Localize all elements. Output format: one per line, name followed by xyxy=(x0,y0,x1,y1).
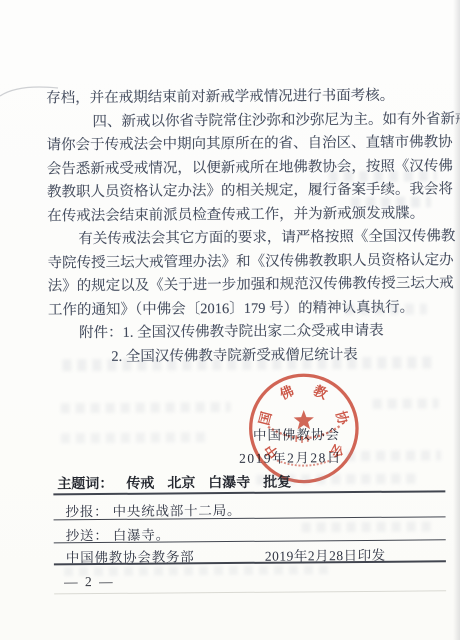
subject-term: 白瀑寺 xyxy=(208,472,250,492)
copy-report-row: 抄报： 中央统战部十二局。 xyxy=(65,499,241,520)
seal-ring-char: 会 xyxy=(326,441,347,462)
subject-term: 批复 xyxy=(263,472,291,492)
body-line: 有关传戒法会其它方面的要求，请严格按照《全国汉传佛教 xyxy=(47,225,445,252)
body-line: 存档，并在戒期结束前对新戒学戒情况进行书面考核。 xyxy=(46,84,444,111)
body-line: 会告悉新戒受戒情况，以便新戒所在地佛教协会，按照《汉传佛 xyxy=(47,155,445,182)
document-page: 存档，并在戒期结束前对新戒学戒情况进行书面考核。 四、新戒以你省寺院常住沙弥和沙… xyxy=(0,0,460,640)
seal-ring-char: 协 xyxy=(333,409,352,427)
subject-words-row: 主题词： 传戒 北京 白瀑寺 批复 xyxy=(57,472,291,494)
bleedthrough-artifact xyxy=(61,432,211,443)
body-line: 请你会于传戒法会中期向其原所在的省、自治区、直辖市佛教协 xyxy=(47,131,445,158)
copy-report-value: 中央统战部十二局。 xyxy=(113,503,242,519)
copy-send-label: 抄送： xyxy=(66,528,109,543)
body-text-block: 存档，并在戒期结束前对新戒学戒情况进行书面考核。 四、新戒以你省寺院常住沙弥和沙… xyxy=(46,84,446,369)
seal-bottom-arc-text xyxy=(277,460,331,466)
attachment-line-1: 附件：1. 全国汉传佛教寺院出家二众受戒申请表 xyxy=(48,319,446,346)
bleedthrough-artifact xyxy=(302,521,432,532)
copy-report-label: 抄报： xyxy=(65,504,108,519)
body-line: 法》的规定以及《关于进一步加强和规范汉传佛教传授三坛大戒 xyxy=(48,272,446,299)
seal-ring-char: 佛 xyxy=(277,382,297,402)
body-line: 工作的通知》（中佛会〔2016〕179 号）的精神认真执行。 xyxy=(48,296,446,323)
subject-term: 传戒 xyxy=(126,473,154,493)
body-line: 寺院传授三坛大戒管理办法》和《汉传佛教教职人员资格认定办 xyxy=(47,249,445,276)
star-icon xyxy=(294,410,314,429)
seal-ring-char: 教 xyxy=(311,382,330,402)
faint-rule-line xyxy=(54,590,446,594)
seal-ring-char: 中 xyxy=(261,442,282,462)
document-content: 存档，并在戒期结束前对新戒学戒情况进行书面考核。 四、新戒以你省寺院常住沙弥和沙… xyxy=(0,0,460,640)
seal-inner-arc-text xyxy=(268,426,340,438)
attachment-line-2: 2. 全国汉传佛教寺院新受戒僧尼统计表 xyxy=(48,343,446,370)
subject-term: 北京 xyxy=(167,472,195,492)
seal-ring-char: 国 xyxy=(256,409,275,427)
subject-label: 主题词： xyxy=(57,473,113,493)
body-line: 教教职人员资格认定办法》的相关规定，履行备案手续。我会将 xyxy=(47,178,445,205)
bleedthrough-artifact xyxy=(61,402,231,413)
bleedthrough-artifact xyxy=(373,398,439,409)
page-number: — 2 — xyxy=(64,574,115,590)
body-line: 在传戒法会结束前派员检查传戒工作，并为新戒颁发戒牒。 xyxy=(47,202,445,229)
body-line: 四、新戒以你省寺院常住沙弥和沙弥尼为主。如有外省新戒， xyxy=(46,108,444,135)
official-seal: 中国佛教协会 xyxy=(245,370,362,487)
